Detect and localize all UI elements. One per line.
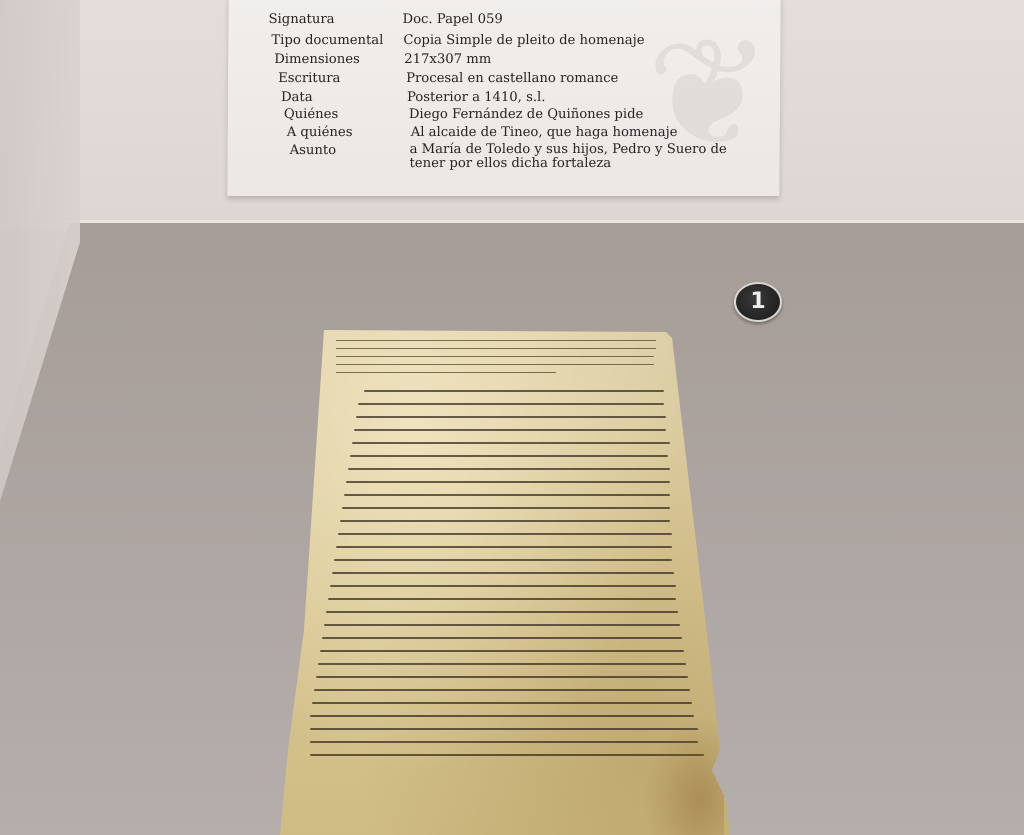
- label-key: Signatura: [268, 12, 334, 27]
- label-key: Asunto: [290, 143, 337, 158]
- label-key: Escritura: [278, 71, 340, 86]
- label-value: Procesal en castellano romance: [406, 71, 618, 86]
- case-floor-edge: [68, 220, 1024, 223]
- exhibit-number-badge: 1: [734, 282, 782, 322]
- label-value: 217x307 mm: [404, 52, 491, 67]
- label-key: Quiénes: [284, 107, 339, 122]
- paper-stain: [644, 715, 724, 835]
- label-value: Copia Simple de pleito de homenaje: [403, 33, 644, 48]
- manuscript-document: [280, 330, 730, 835]
- label-key: Tipo documental: [271, 33, 383, 48]
- label-value: Doc. Papel 059: [402, 12, 502, 27]
- display-case-scene: ❦ Signatura Doc. Papel 059 Tipo document…: [0, 0, 1024, 835]
- label-value: Posterior a 1410, s.l.: [407, 90, 546, 105]
- label-key: Data: [281, 90, 313, 105]
- exhibit-label: ❦ Signatura Doc. Papel 059 Tipo document…: [227, 0, 780, 196]
- label-value: a María de Toledo y sus hijos, Pedro y S…: [409, 143, 739, 171]
- label-value: Diego Fernández de Quiñones pide: [409, 107, 644, 122]
- label-key: Dimensiones: [274, 52, 360, 67]
- label-key: A quiénes: [287, 125, 353, 140]
- label-value: Al alcaide de Tineo, que haga homenaje: [411, 125, 678, 140]
